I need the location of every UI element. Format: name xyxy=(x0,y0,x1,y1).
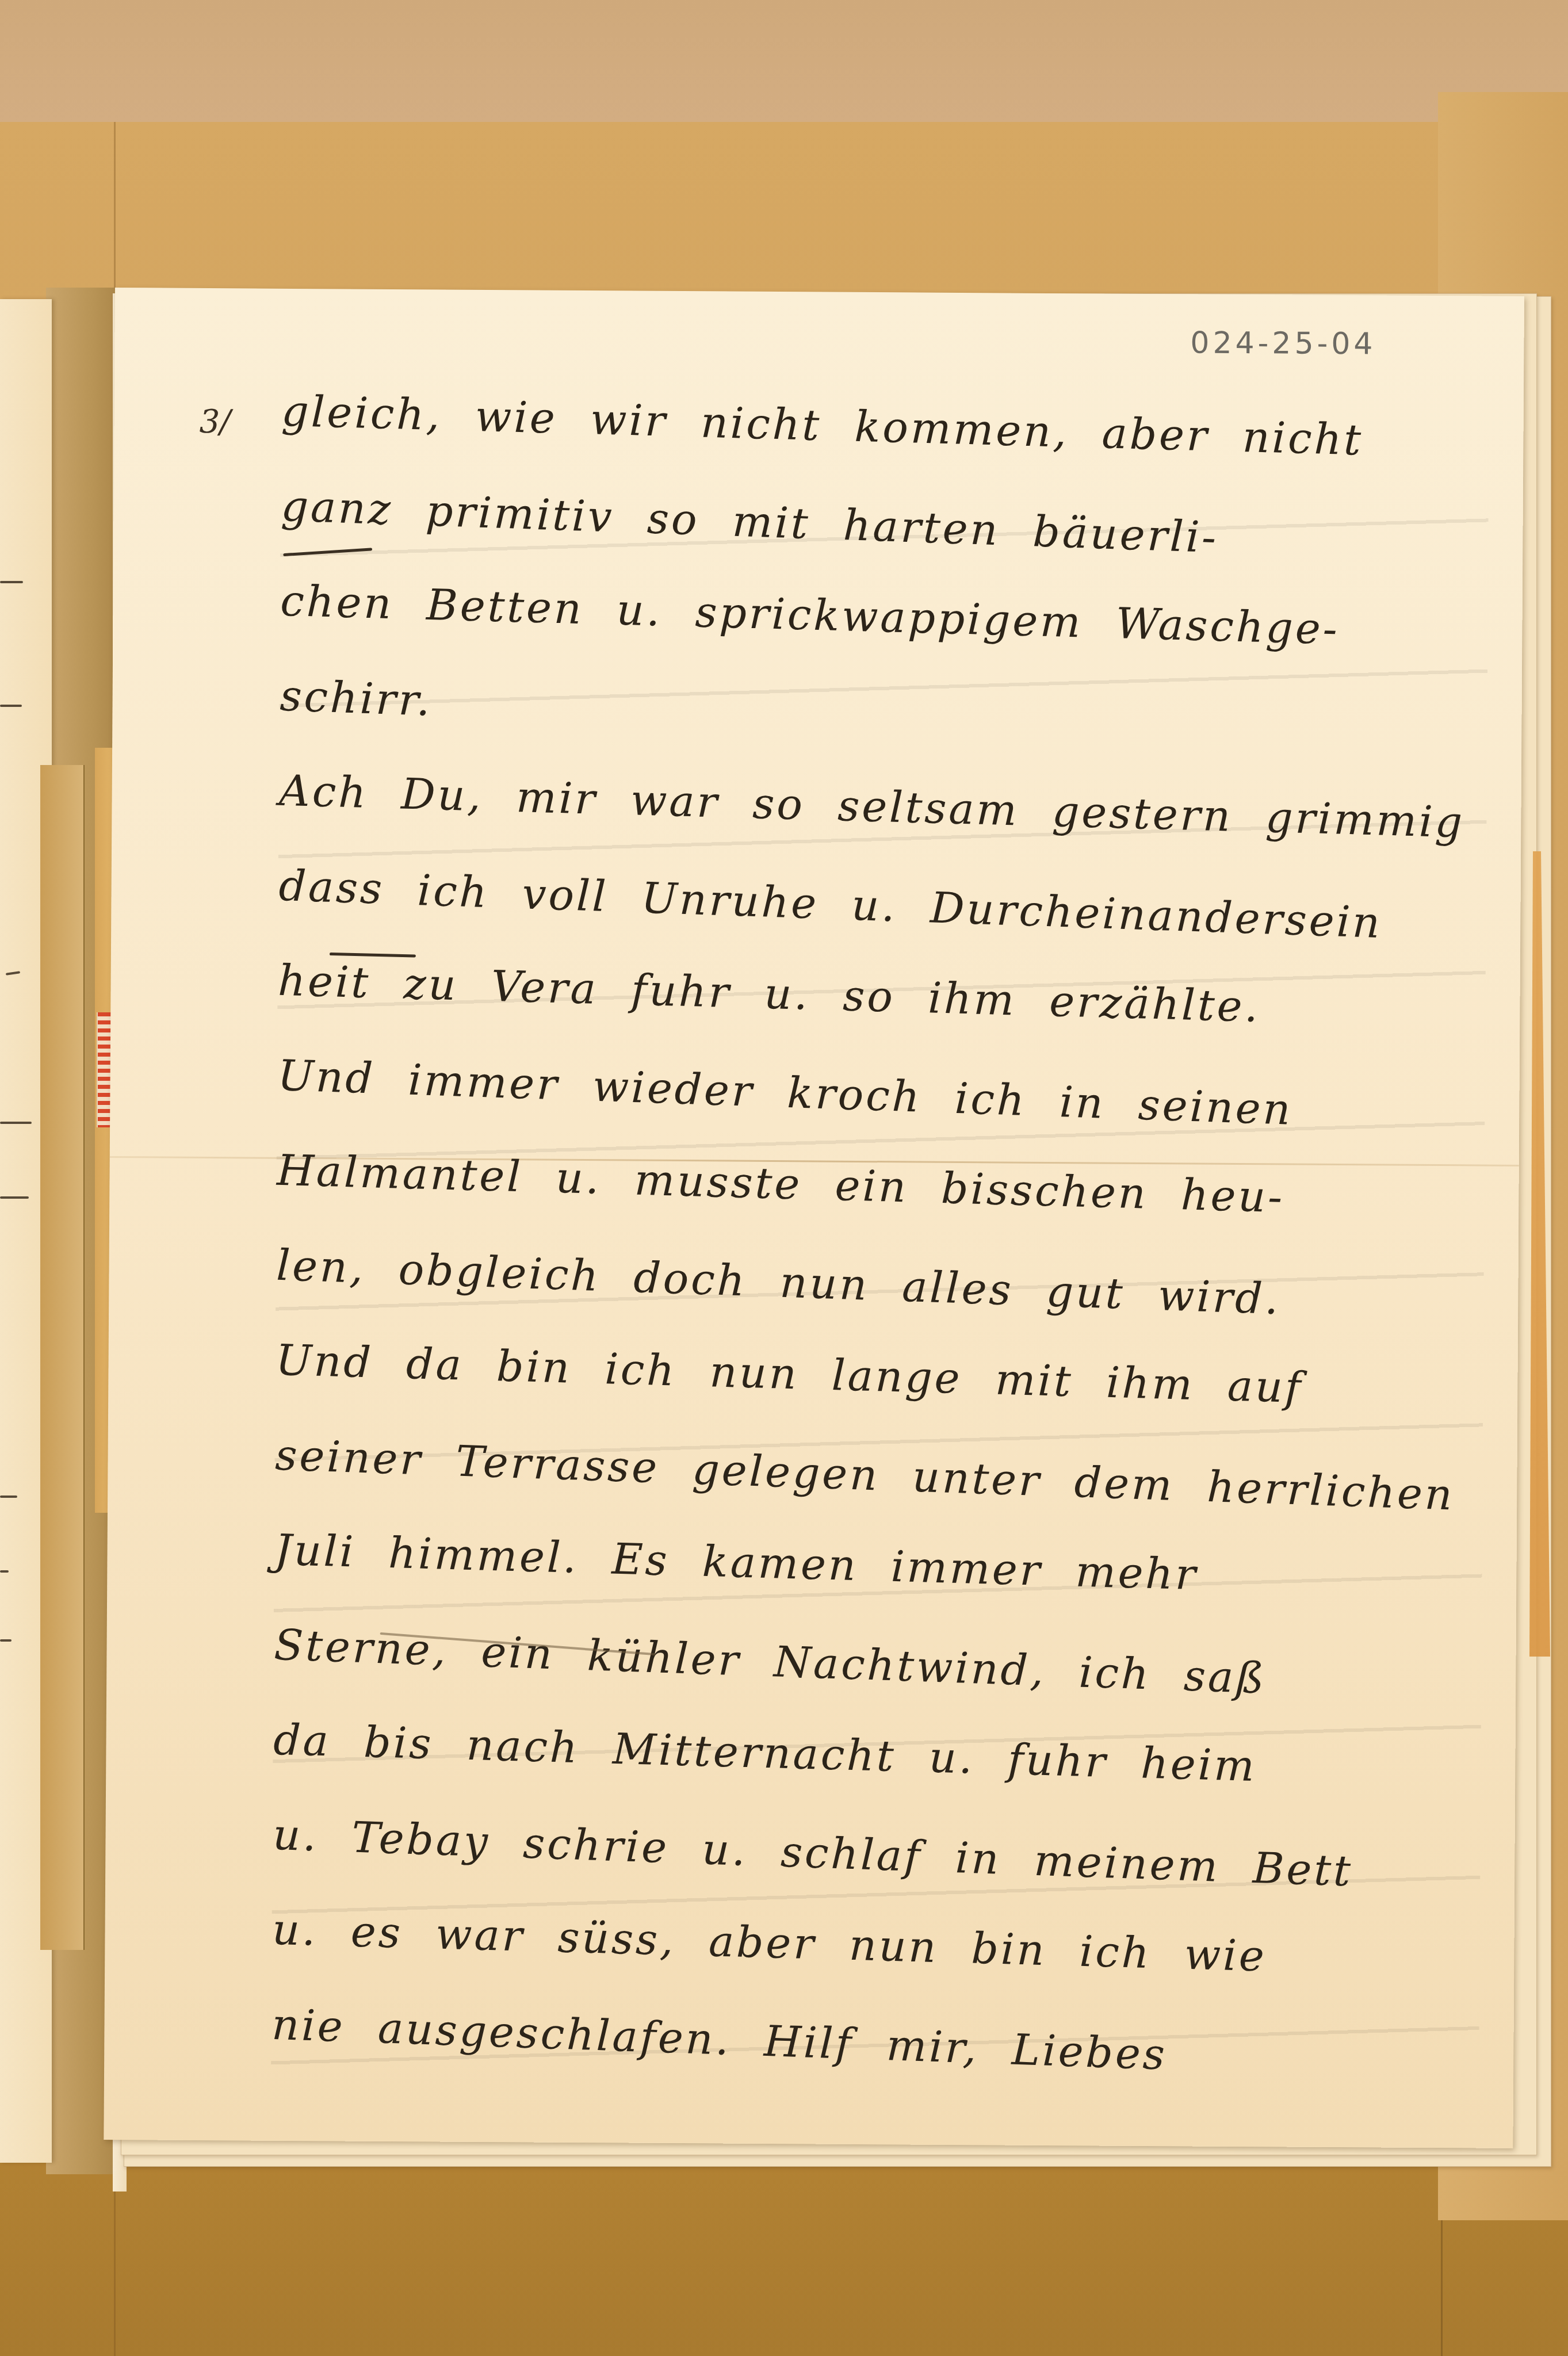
handwriting-fragment xyxy=(0,1122,32,1124)
page-number-marker: 3/ xyxy=(199,403,231,441)
left-inner-card xyxy=(40,765,85,1950)
handwriting-fragment xyxy=(0,705,22,707)
handwriting-fragment xyxy=(0,1570,9,1573)
handwriting-fragment xyxy=(0,1639,12,1642)
handwriting-fragment xyxy=(0,1196,29,1199)
handwriting-fragment xyxy=(0,581,23,583)
letter-page: 024-25-04 3/ gleich, wie wir nicht komme… xyxy=(104,288,1524,2148)
archive-reference-number: 024-25-04 xyxy=(1190,326,1376,361)
handwriting-fragment xyxy=(0,1496,17,1498)
background-surface xyxy=(0,0,1568,124)
folder-crease-right xyxy=(1441,2215,1443,2356)
handwriting-fragment xyxy=(6,971,20,975)
letter-body: gleich, wie wir nicht kommen, aber nicht… xyxy=(271,387,1489,2102)
